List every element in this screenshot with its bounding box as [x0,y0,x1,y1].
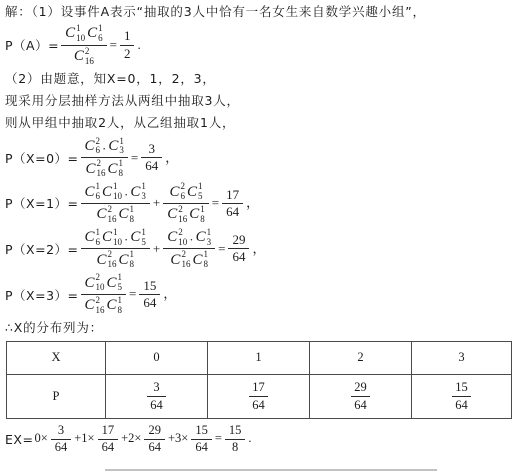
combination-scripts: 216 [178,205,187,225]
math-text: 15 [142,279,157,293]
formula-px1-lhs: P（X=1）= [5,194,79,212]
table-cell-x-2: 2 [310,341,412,374]
math-text: = [211,196,220,210]
math-text: 64 [101,441,116,455]
math-text: +2× [120,432,142,446]
fraction: 1764 [249,380,268,413]
combination-symbol: C110 [102,182,122,202]
combination-scripts: 216 [85,47,94,67]
combination-symbol: C26 [170,182,186,202]
combination-scripts: 16 [96,228,101,248]
math-text: +3× [167,432,189,446]
combination-symbol: C16 [85,228,101,248]
combination-symbol: C15 [187,182,203,202]
combination-letter: C [118,253,128,268]
fraction: 2964 [351,380,370,413]
combination-scripts: 110 [76,24,85,44]
formula-px2-lhs: P（X=2）= [5,240,79,258]
fraction: C26C15C216C18 [163,182,209,225]
combination-letter: C [196,230,206,245]
combination-letter: C [192,253,202,268]
fraction: 158 [225,424,246,455]
combination-symbol: C216 [74,47,94,67]
math-text: 15 [194,424,209,438]
combination-letter: C [108,139,118,154]
combination-scripts: 15 [198,182,203,202]
fraction: 364 [141,142,162,174]
solution-line-3: 现采用分层抽样方法从两组中抽取3人， [5,93,513,109]
formula-px2-terms: C16C110·C15C216C18+C210·C13C216C18=2964， [79,228,267,271]
table-cell-p-3: 1564 [412,374,512,418]
math-text: 15 [228,424,243,438]
combination-scripts: 110 [113,182,122,202]
table-row-p: P 364 1764 2964 1564 [7,374,512,418]
math-text: 3 [147,142,156,156]
combination-letter: C [118,207,128,222]
combination-symbol: C216 [85,159,105,179]
combination-letter: C [107,276,117,291]
fraction: 1764 [222,188,243,220]
combination-scripts: 18 [203,250,208,270]
combination-letter: C [167,230,177,245]
combination-scripts: 110 [113,228,122,248]
math-text: 2 [123,47,132,61]
combination-scripts: 16 [98,24,103,44]
math-text: + [152,196,161,210]
combination-scripts: 13 [141,182,146,202]
formula-pa-terms: C110C16C216=12. [59,24,142,67]
combination-letter: C [189,207,199,222]
table-cell-x-0: 0 [106,341,208,374]
formula-ex: EX= 0×364+1×1764+2×2964+3×1564=158. [5,424,513,455]
combination-letter: C [130,185,140,200]
fraction: C210C15C216C18 [81,273,127,316]
combination-scripts: 16 [96,182,101,202]
combination-symbol: C15 [130,228,146,248]
math-text: ， [164,151,179,165]
combination-symbol: C110 [102,228,122,248]
math-text: 64 [142,296,157,310]
combination-letter: C [102,230,112,245]
combination-symbol: C18 [189,205,205,225]
fraction: 364 [51,424,72,455]
solution-document: 解：（1）设事件A表示“抽取的3人中恰有一名女生来自数学兴趣小组”， P（A）=… [0,0,519,454]
math-text: . [136,38,141,52]
combination-scripts: 18 [118,296,123,316]
math-text: . [247,432,252,446]
math-text: +1× [73,432,95,446]
math-text: · [123,233,129,247]
combination-symbol: C216 [167,205,187,225]
math-text: = [214,432,223,446]
math-text: ， [245,196,260,210]
math-text: · [101,142,107,156]
combination-symbol: C210 [85,273,105,293]
combination-symbol: C18 [118,205,134,225]
math-text: 64 [147,441,162,455]
combination-letter: C [167,207,177,222]
combination-scripts: 18 [200,205,205,225]
conclusion-line: ∴X的分布列为： [5,320,513,336]
combination-scripts: 13 [119,137,124,157]
fraction: 1564 [139,279,160,311]
combination-symbol: C216 [170,250,190,270]
math-text: 17 [101,424,116,438]
combination-symbol: C13 [130,182,146,202]
formula-px1-terms: C16C110·C13C216C18+C26C15C216C18=1764， [79,182,261,225]
formula-px0: P（X=0）= C26·C13C216C18=364， [5,137,513,180]
combination-letter: C [107,298,117,313]
math-text: + [152,242,161,256]
fraction: 2964 [228,233,249,265]
math-text: = [217,242,226,256]
combination-letter: C [87,26,97,41]
formula-px3-lhs: P（X=3）= [5,286,79,304]
combination-symbol: C216 [96,205,116,225]
formula-px0-terms: C26·C13C216C18=364， [79,137,180,180]
fraction: 12 [120,29,135,61]
combination-symbol: C13 [196,228,212,248]
combination-letter: C [85,276,95,291]
combination-scripts: 216 [181,250,190,270]
table-row-x: X 0 1 2 3 [7,341,512,374]
fraction: 364 [147,380,166,413]
table-cell-p-0: 364 [106,374,208,418]
math-text: 29 [147,424,162,438]
combination-letter: C [85,230,95,245]
solution-line-4: 则从甲组中抽取2人，从乙组抽取1人， [5,115,513,131]
formula-px2: P（X=2）= C16C110·C15C216C18+C210·C13C216C… [5,228,513,271]
combination-scripts: 210 [96,273,105,293]
math-text: 64 [144,159,159,173]
fraction: C26·C13C216C18 [81,137,128,180]
fraction: 2964 [144,424,165,455]
combination-symbol: C15 [107,273,123,293]
combination-letter: C [130,230,140,245]
math-text: 8 [231,441,239,455]
combination-letter: C [85,139,95,154]
combination-scripts: 216 [107,250,116,270]
solution-line-1: 解：（1）设事件A表示“抽取的3人中恰有一名女生来自数学兴趣小组”， [5,4,513,20]
math-text: = [130,151,139,165]
table-cell-p-label: P [7,374,106,418]
math-text: = [109,38,118,52]
math-text: · [188,233,194,247]
combination-symbol: C13 [108,137,124,157]
math-text: = [128,287,137,301]
fraction: C110C16C216 [61,24,107,67]
formula-pa-lhs: P（A）= [5,36,59,54]
combination-symbol: C110 [65,24,85,44]
combination-scripts: 26 [181,182,186,202]
combination-scripts: 216 [96,159,105,179]
combination-scripts: 216 [96,296,105,316]
combination-symbol: C210 [167,228,187,248]
combination-letter: C [85,162,95,177]
combination-scripts: 18 [129,205,134,225]
table-cell-p-2: 2964 [310,374,412,418]
formula-ex-terms: 0×364+1×1764+2×2964+3×1564=158. [33,424,252,455]
formula-px1: P（X=1）= C16C110·C13C216C18+C26C15C216C18… [5,182,513,225]
combination-scripts: 26 [96,137,101,157]
math-text: ， [162,287,177,301]
combination-symbol: C18 [118,250,134,270]
combination-letter: C [170,185,180,200]
formula-px0-lhs: P（X=0）= [5,149,79,167]
combination-letter: C [65,26,75,41]
combination-symbol: C18 [107,159,123,179]
solution-line-2: （2）由题意，知X=0，1，2，3， [5,71,513,87]
fraction: 1564 [452,380,471,413]
table-cell-x-3: 3 [412,341,512,374]
math-text: ， [251,242,266,256]
combination-symbol: C26 [85,137,101,157]
combination-scripts: 13 [207,228,212,248]
combination-symbol: C18 [192,250,208,270]
math-text: 0× [33,432,48,446]
combination-symbol: C18 [107,296,123,316]
table-cell-x-label: X [7,341,106,374]
math-text: 17 [225,188,240,202]
combination-scripts: 15 [118,273,123,293]
fraction: 1764 [98,424,119,455]
combination-scripts: 15 [141,228,146,248]
combination-symbol: C16 [85,182,101,202]
formula-ex-lhs: EX= [5,432,33,447]
combination-letter: C [102,185,112,200]
combination-letter: C [187,185,197,200]
fraction: C210·C13C216C18 [163,228,215,271]
math-text: 1 [123,29,132,43]
fraction: 1564 [191,424,212,455]
combination-letter: C [85,185,95,200]
combination-letter: C [107,162,117,177]
math-text: 29 [231,233,246,247]
fraction: C16C110·C13C216C18 [81,182,150,225]
formula-px3: P（X=3）= C210C15C216C18=1564， [5,273,513,316]
formula-pa: P（A）= C110C16C216=12. [5,24,513,67]
math-text: 64 [225,205,240,219]
math-text: 64 [231,250,246,264]
combination-symbol: C216 [96,250,116,270]
combination-letter: C [85,298,95,313]
combination-scripts: 18 [118,159,123,179]
table-cell-p-1: 1764 [208,374,310,418]
solution-page: 解：（1）设事件A表示“抽取的3人中恰有一名女生来自数学兴趣小组”， P（A）=… [0,0,519,473]
combination-symbol: C16 [87,24,103,44]
combination-letter: C [170,253,180,268]
math-text: 64 [54,441,69,455]
fraction: C16C110·C15C216C18 [81,228,150,271]
math-text: 64 [194,441,209,455]
table-cell-x-1: 1 [208,341,310,374]
distribution-table: X 0 1 2 3 P 364 1764 2964 1564 [6,341,512,419]
formula-px3-terms: C210C15C216C18=1564， [79,273,178,316]
combination-letter: C [96,253,106,268]
combination-scripts: 210 [178,228,187,248]
bottom-divider [105,469,437,471]
combination-letter: C [96,207,106,222]
math-text: · [123,188,129,202]
math-text: 3 [57,424,65,438]
combination-letter: C [74,49,84,64]
combination-scripts: 216 [107,205,116,225]
combination-scripts: 18 [129,250,134,270]
combination-symbol: C216 [85,296,105,316]
